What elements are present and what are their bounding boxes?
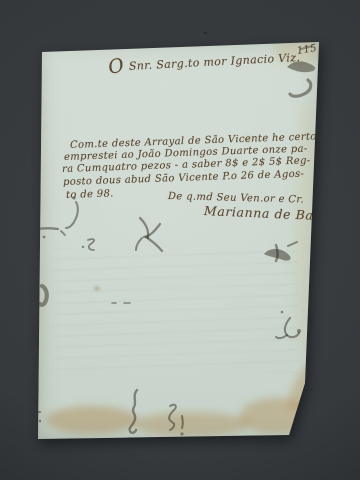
ink-marks-layer bbox=[36, 40, 320, 441]
ink-squiggle-left-hook bbox=[61, 196, 78, 235]
photo-background: 115 OSnr. Sarg.to mor Ignacio Viz. Com.t… bbox=[0, 0, 360, 480]
body-line: to de 98. bbox=[66, 188, 114, 201]
ink-squiggle-bottom-wave bbox=[130, 390, 137, 433]
stain-bottom-right bbox=[240, 398, 314, 434]
ink-mark-left-bottom-tick bbox=[36, 412, 41, 422]
ink-blot-comma bbox=[40, 286, 47, 305]
foxing-dot bbox=[94, 286, 100, 291]
stain-bottom-mid bbox=[134, 412, 250, 436]
manuscript-sheet: 115 OSnr. Sarg.to mor Ignacio Viz. Com.t… bbox=[36, 40, 320, 441]
signature-line: Marianna de Bairros bbox=[204, 203, 347, 224]
manuscript-page: 115 OSnr. Sarg.to mor Ignacio Viz. Com.t… bbox=[36, 40, 320, 441]
heading-text: Snr. Sarg.to mor Ignacio Viz. bbox=[129, 51, 301, 73]
ink-squiggle-left-dash bbox=[36, 228, 58, 238]
dust-speck bbox=[204, 32, 207, 34]
stain-corner-cut bbox=[282, 357, 326, 416]
ink-blot-right-bird bbox=[264, 242, 297, 261]
stain-left-edge bbox=[32, 50, 46, 430]
ink-squiggle-bird-foot bbox=[136, 218, 162, 251]
ink-squiggle-bottom-zeta bbox=[169, 405, 183, 436]
ink-squiggle-s-mark bbox=[82, 239, 94, 250]
closing-line: De q.md Seu Ven.or e Cr. bbox=[168, 191, 304, 206]
stain-bottom-left bbox=[46, 406, 138, 434]
verso-showthrough bbox=[54, 248, 298, 373]
ink-squiggle-right-anchor bbox=[276, 311, 301, 338]
heading-line: OSnr. Sarg.to mor Ignacio Viz. bbox=[108, 50, 301, 74]
heading-initial: O bbox=[107, 60, 125, 73]
